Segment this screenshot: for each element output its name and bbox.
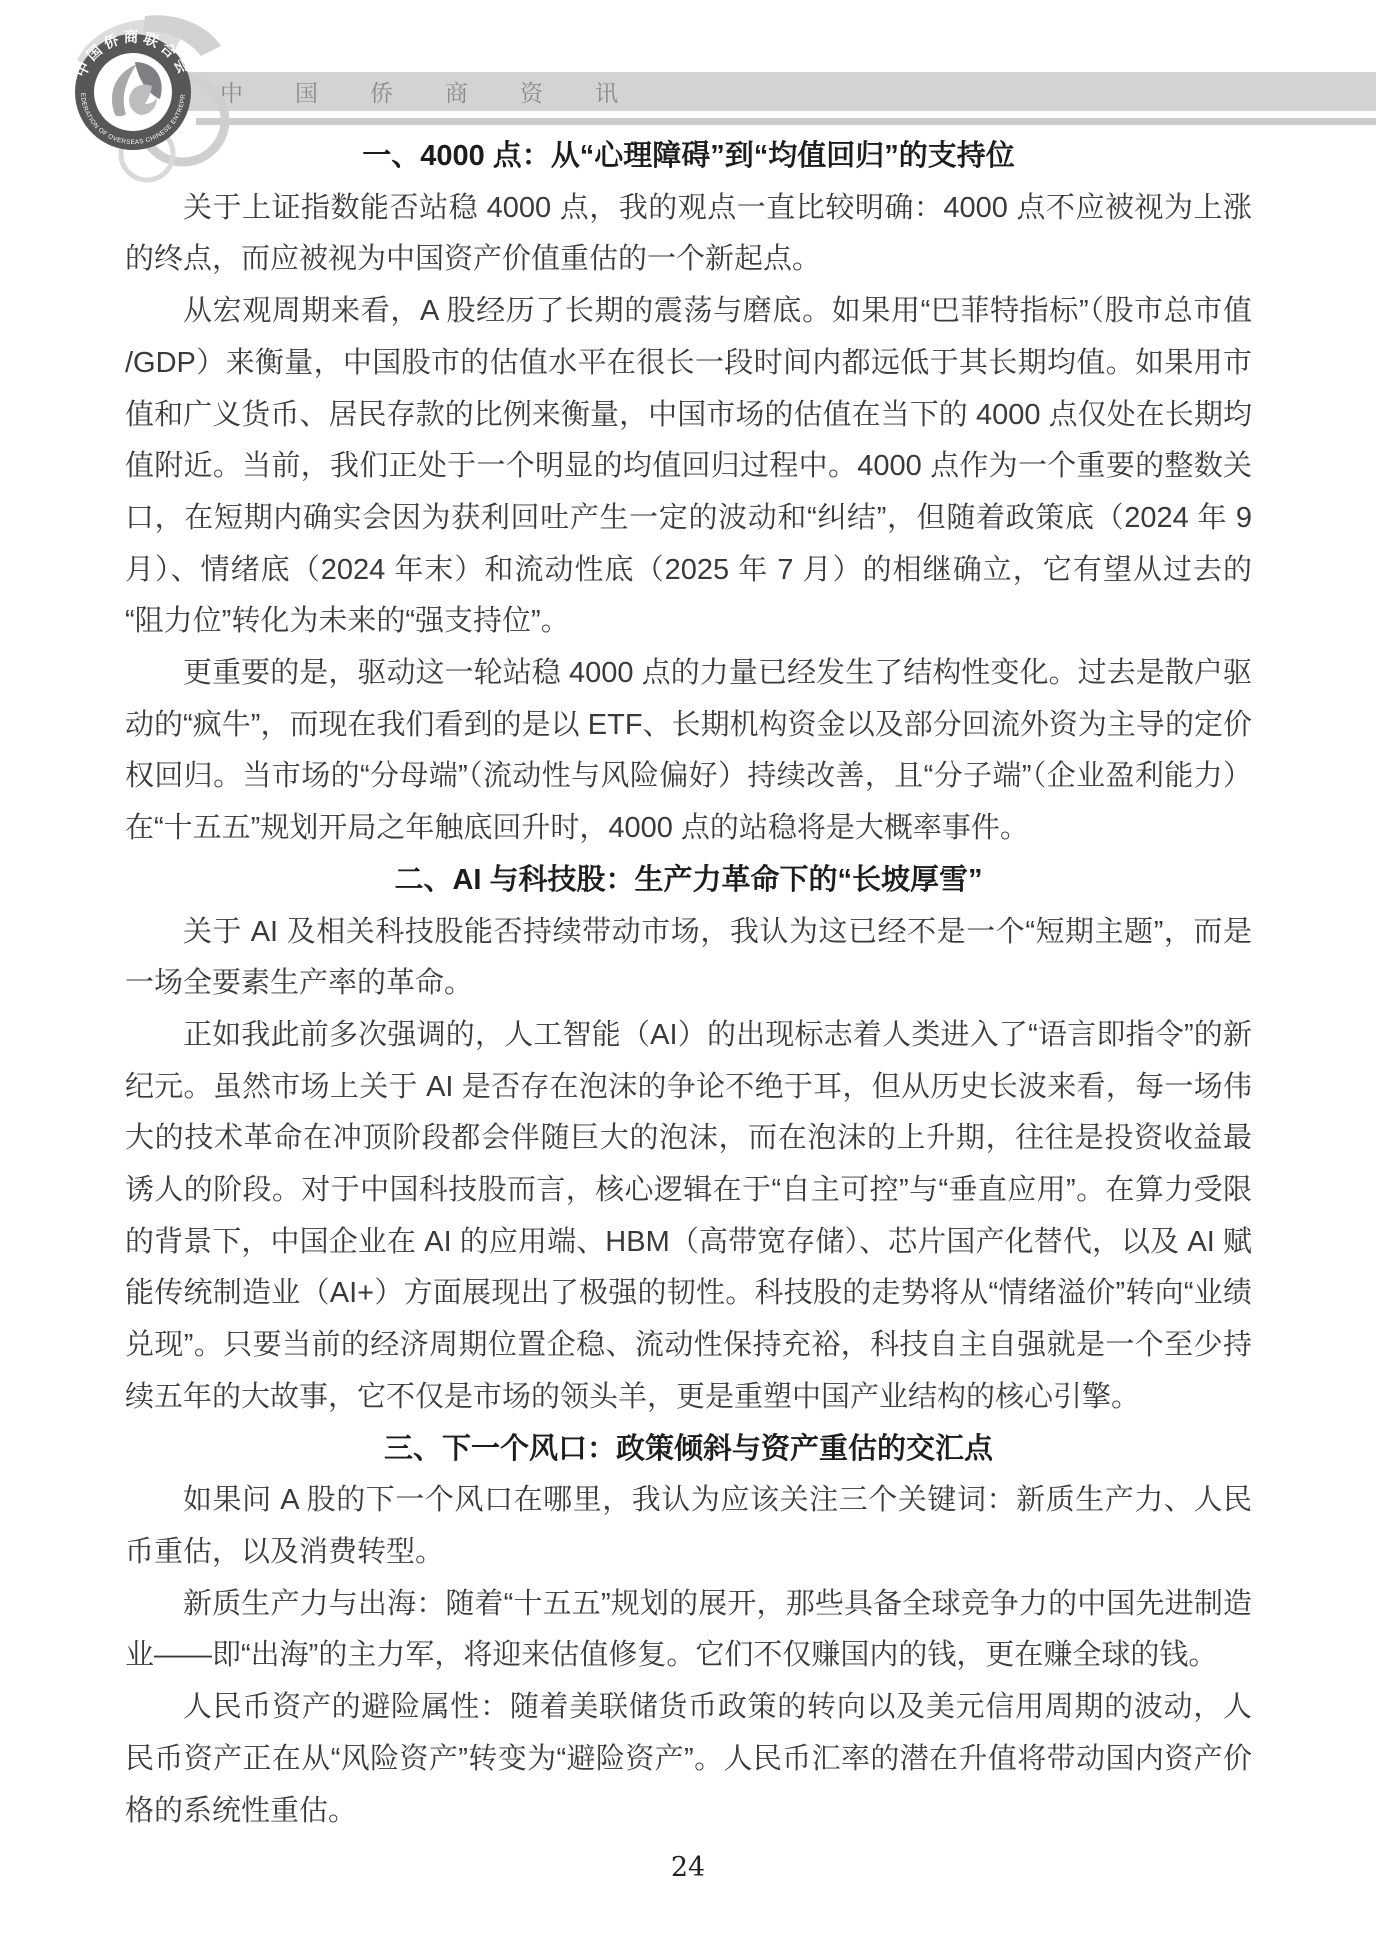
paragraph: 新质生产力与出海：随着“十五五”规划的展开，那些具备全球竞争力的中国先进制造业—…: [125, 1579, 1252, 1682]
paragraph: 人民币资产的避险属性：随着美联储货币政策的转向以及美元信用周期的波动，人民币资产…: [125, 1682, 1252, 1837]
page-footer: 24: [0, 1852, 1376, 1883]
paragraph: 关于 AI 及相关科技股能否持续带动市场，我认为这已经不是一个“短期主题”，而是…: [125, 907, 1252, 1010]
document-page: 中国侨商资讯 中国侨商联合会 C: [0, 0, 1376, 1943]
banner-underline-rule: [196, 118, 1376, 125]
page-number: 24: [671, 1852, 705, 1883]
section-heading-3: 三、下一个风口：政策倾斜与资产重估的交汇点: [125, 1424, 1252, 1476]
article-body: 一、4000 点：从“心理障碍”到“均值回归”的支持位 关于上证指数能否站稳 4…: [125, 131, 1252, 1837]
paragraph: 从宏观周期来看，A 股经历了长期的震荡与磨底。如果用“巴菲特指标”（股市总市值 …: [125, 286, 1252, 648]
section-heading-1: 一、4000 点：从“心理障碍”到“均值回归”的支持位: [125, 131, 1252, 183]
paragraph: 更重要的是，驱动这一轮站稳 4000 点的力量已经发生了结构性变化。过去是散户驱…: [125, 648, 1252, 855]
header-banner: 中国侨商资讯: [142, 72, 1376, 111]
paragraph: 正如我此前多次强调的，人工智能（AI）的出现标志着人类进入了“语言即指令”的新纪…: [125, 1010, 1252, 1424]
paragraph: 如果问 A 股的下一个风口在哪里，我认为应该关注三个关键词：新质生产力、人民币重…: [125, 1475, 1252, 1578]
paragraph: 关于上证指数能否站稳 4000 点，我的观点一直比较明确：4000 点不应被视为…: [125, 183, 1252, 286]
section-heading-2: 二、AI 与科技股：生产力革命下的“长坡厚雪”: [125, 855, 1252, 907]
